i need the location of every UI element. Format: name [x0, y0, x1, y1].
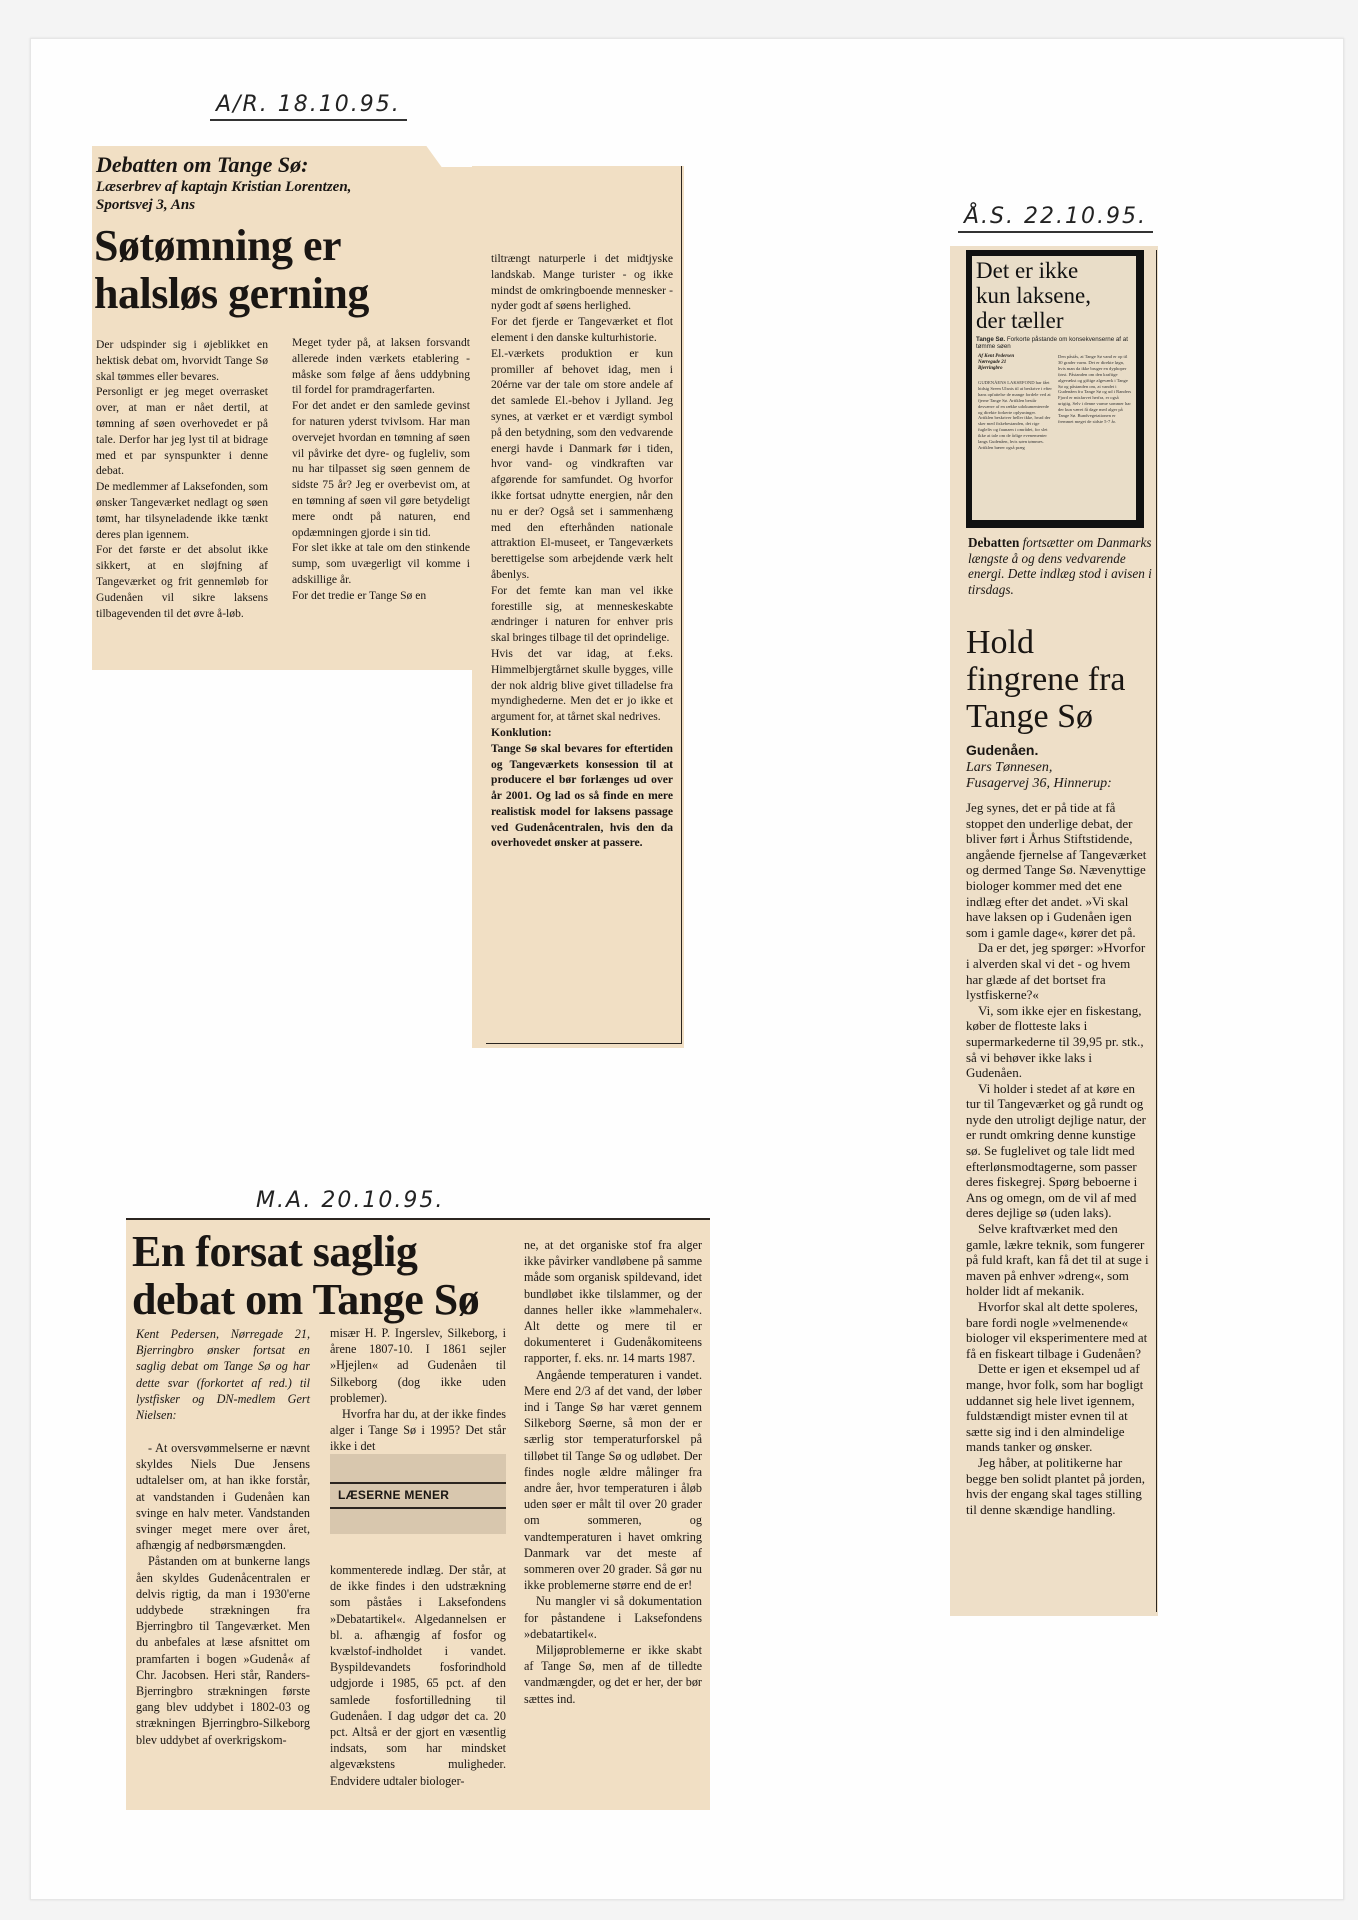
paragraph: Nu mangler vi så dokumentation for påsta… — [524, 1593, 702, 1642]
article-body: Jeg synes, det er på tide at få stoppet … — [966, 800, 1150, 1517]
article-col2-bottom: kommenterede indlæg. Der står, at de ikk… — [330, 1562, 506, 1789]
top-rule — [126, 1218, 710, 1220]
byline: Læserbrev af kaptajn Kristian Lorentzen,… — [96, 178, 351, 214]
paragraph: Påstanden om at bunkerne langs åen skyld… — [136, 1553, 310, 1747]
conclusion-text: Tange Sø skal bevares for eftertiden og … — [491, 741, 673, 852]
paragraph: ne, at det organiske stof fra alger ikke… — [524, 1237, 702, 1367]
article-col3: ne, at det organiske stof fra alger ikke… — [524, 1237, 702, 1707]
byline-line1: Læserbrev af kaptajn Kristian Lorentzen, — [96, 178, 351, 196]
intro: Kent Pedersen, Nørregade 21, Bjerringbro… — [136, 1326, 310, 1423]
paragraph: Vi, som ikke ejer en fiskestang, køber d… — [966, 1003, 1150, 1081]
article-col2-top: misær H. P. Ingerslev, Silkeborg, i åren… — [330, 1325, 506, 1455]
inset-subhead-bold: Tange Sø. — [976, 336, 1005, 343]
handwritten-date-note-1: A/R. 18.10.95. — [210, 92, 407, 121]
paragraph: Hvorfor skal alt dette spoleres, bare fo… — [966, 1299, 1150, 1361]
caption-bold: Debatten — [968, 535, 1019, 550]
author-line2: Fusagervej 36, Hinnerup: — [966, 776, 1112, 792]
author-line1: Lars Tønnesen, — [966, 760, 1112, 776]
paragraph: misær H. P. Ingerslev, Silkeborg, i åren… — [330, 1325, 506, 1406]
article-col3: tiltrængt naturperle i det midtjyske lan… — [491, 251, 673, 851]
paragraph: For det tredie er Tange Sø en — [292, 588, 470, 604]
kicker: Gudenåen. — [966, 742, 1038, 758]
headline-line2: debat om Tange Sø — [132, 1276, 479, 1324]
author: Lars Tønnesen, Fusagervej 36, Hinnerup: — [966, 760, 1112, 792]
paragraph: kommenterede indlæg. Der står, at de ikk… — [330, 1562, 506, 1789]
paragraph: tiltrængt naturperle i det midtjyske lan… — [491, 251, 673, 314]
paragraph: Der udspinder sig i øjeblikket en hektis… — [96, 337, 268, 384]
paragraph: Selve kraftværket med den gamle, lækre t… — [966, 1221, 1150, 1299]
inset-reprint: Det er ikke kun laksene, der tæller Tang… — [966, 250, 1144, 528]
headline: Søtømning er halsløs gerning — [94, 222, 369, 318]
paragraph: For slet ikke at tale om den stinkende s… — [292, 540, 470, 587]
inset-author: Af Kent Pedersen Nørregade 21 Bjerringbr… — [978, 354, 1048, 372]
headline-line1: Hold — [966, 624, 1126, 661]
caption: Debatten fortsætter om Danmarks længste … — [968, 535, 1152, 597]
article-col1: - At oversvømmelserne er nævnt skyldes N… — [136, 1440, 310, 1748]
conclusion-label: Konklution: — [491, 725, 673, 741]
paragraph: For det første er det absolut ikke sikke… — [96, 542, 268, 621]
headline-line3: Tange Sø — [966, 698, 1126, 735]
handwritten-date-note-2: M.A. 20.10.95. — [250, 1188, 450, 1215]
paragraph: De medlemmer af Laksefonden, som ønsker … — [96, 479, 268, 542]
paragraph: El.-værkets produktion er kun promiller … — [491, 346, 673, 583]
paragraph: Jeg synes, det er på tide at få stoppet … — [966, 800, 1150, 940]
paragraph: Hvorfra har du, at der ikke findes alger… — [330, 1406, 506, 1455]
laeserne-mener-box: Læserne mener — [330, 1454, 506, 1534]
inset-subhead: Tange Sø. Forkorte påstande om konsekven… — [976, 336, 1134, 351]
inset-col1: GUDENÅENS LAKSEFOND har fået hidsig Sree… — [978, 380, 1052, 514]
article-col1: Der udspinder sig i øjeblikket en hektis… — [96, 337, 268, 621]
headline-line1: En forsat saglig — [132, 1228, 479, 1276]
paragraph: Jeg håber, at politikerne har begge ben … — [966, 1455, 1150, 1517]
paragraph: Vi holder i stedet af at køre en tur til… — [966, 1081, 1150, 1221]
paragraph: For det andet er den samlede gevinst for… — [292, 398, 470, 540]
paragraph: Angående temperaturen i vandet. Mere end… — [524, 1367, 702, 1594]
paragraph: Miljøproblemerne er ikke skabt af Tange … — [524, 1642, 702, 1707]
article-col2: Meget tyder på, at laksen forsvandt alle… — [292, 335, 470, 604]
paragraph: Personligt er jeg meget overrasket over,… — [96, 384, 268, 479]
byline-line2: Sportsvej 3, Ans — [96, 196, 351, 214]
paragraph: Meget tyder på, at laksen forsvandt alle… — [292, 335, 470, 398]
section-label: Læserne mener — [338, 1488, 449, 1502]
headline-line1: Søtømning er — [94, 222, 369, 270]
right-edge-rule — [1156, 250, 1157, 1612]
paragraph: Da er det, jeg spørger: »Hvorfor i alver… — [966, 940, 1150, 1002]
inset-headline-line2: kun laksene, — [976, 283, 1091, 308]
paragraph: For det femte kan man vel ikke forestill… — [491, 583, 673, 646]
headline: En forsat saglig debat om Tange Sø — [132, 1228, 479, 1324]
bottom-rule — [486, 1043, 682, 1044]
inset-headline-line3: der tæller — [976, 308, 1091, 333]
paragraph: Hvis det var idag, at f.eks. Himmelbjerg… — [491, 646, 673, 725]
inset-col2: Den påstås, at Tange Sø vand er op til 3… — [1058, 354, 1132, 514]
inset-address2: Bjerringbro — [978, 366, 1048, 372]
paragraph: - At oversvømmelserne er nævnt skyldes N… — [136, 1440, 310, 1553]
headline: Hold fingrene fra Tange Sø — [966, 624, 1126, 735]
intro-text: Kent Pedersen, Nørregade 21, Bjerringbro… — [136, 1326, 310, 1423]
handwritten-date-note-3: Å.S. 22.10.95. — [958, 204, 1153, 233]
paragraph: Dette er igen et eksempel ud af mange, h… — [966, 1361, 1150, 1455]
inset-headline: Det er ikke kun laksene, der tæller — [976, 258, 1091, 333]
headline-line2: fingrene fra — [966, 661, 1126, 698]
column-rule — [681, 166, 682, 1044]
headline-line2: halsløs gerning — [94, 270, 369, 318]
box-rule-top — [330, 1482, 506, 1484]
inset-headline-line1: Det er ikke — [976, 258, 1091, 283]
kicker: Debatten om Tange Sø: — [96, 152, 308, 178]
paragraph: For det fjerde er Tangeværket et flot el… — [491, 314, 673, 346]
box-rule-bottom — [330, 1507, 506, 1509]
